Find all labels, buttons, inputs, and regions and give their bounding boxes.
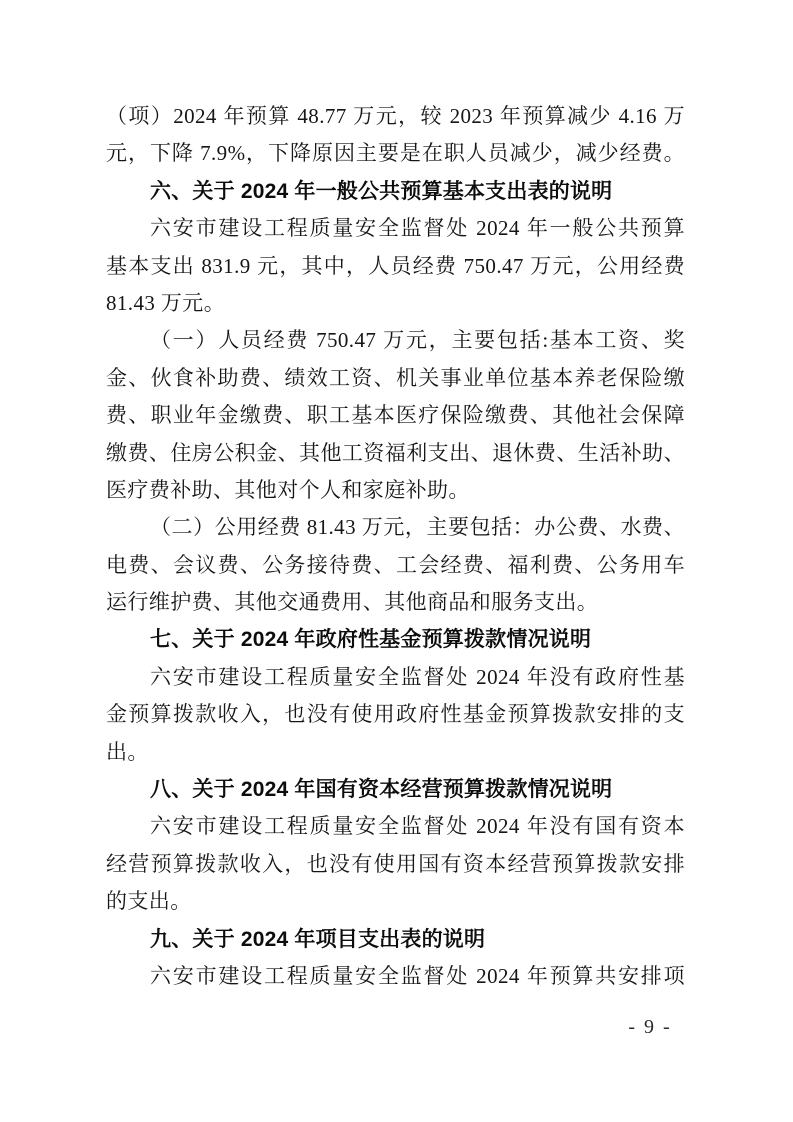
paragraph-line: （项）2024 年预算 48.77 万元，较 2023 年预算减少 4.16 万 — [106, 98, 685, 135]
paragraph-line: 81.43 万元。 — [106, 285, 685, 322]
paragraph-line: 经营预算拨款收入，也没有使用国有资本经营预算拨款安排 — [106, 846, 685, 883]
section-heading: 八、关于 2024 年国有资本经营预算拨款情况说明 — [106, 771, 685, 808]
paragraph-line: 六安市建设工程质量安全监督处 2024 年一般公共预算 — [106, 210, 685, 247]
paragraph-line: 元，下降 7.9%，下降原因主要是在职人员减少，减少经费。 — [106, 135, 685, 172]
paragraph-line: 运行维护费、其他交通费用、其他商品和服务支出。 — [106, 584, 685, 621]
paragraph-line: 基本支出 831.9 元，其中，人员经费 750.47 万元，公用经费 — [106, 248, 685, 285]
paragraph-line: 六安市建设工程质量安全监督处 2024 年没有国有资本 — [106, 808, 685, 845]
section-heading: 六、关于 2024 年一般公共预算基本支出表的说明 — [106, 173, 685, 210]
page-number: - 9 - — [560, 1012, 740, 1042]
paragraph-line: （二）公用经费 81.43 万元，主要包括：办公费、水费、 — [106, 509, 685, 546]
paragraph-line: 金预算拨款收入，也没有使用政府性基金预算拨款安排的支 — [106, 696, 685, 733]
paragraph-line: 金、伙食补助费、绩效工资、机关事业单位基本养老保险缴 — [106, 360, 685, 397]
document-page: （项）2024 年预算 48.77 万元，较 2023 年预算减少 4.16 万… — [0, 0, 793, 1122]
paragraph-line: 医疗费补助、其他对个人和家庭补助。 — [106, 472, 685, 509]
paragraph-line: 六安市建设工程质量安全监督处 2024 年预算共安排项 — [106, 958, 685, 995]
paragraph-line: 的支出。 — [106, 883, 685, 920]
paragraph-line: 电费、会议费、公务接待费、工会经费、福利费、公务用车 — [106, 547, 685, 584]
section-heading: 九、关于 2024 年项目支出表的说明 — [106, 921, 685, 958]
section-heading: 七、关于 2024 年政府性基金预算拨款情况说明 — [106, 621, 685, 658]
document-body: （项）2024 年预算 48.77 万元，较 2023 年预算减少 4.16 万… — [106, 98, 685, 995]
paragraph-line: 费、职业年金缴费、职工基本医疗保险缴费、其他社会保障 — [106, 397, 685, 434]
paragraph-line: 六安市建设工程质量安全监督处 2024 年没有政府性基 — [106, 659, 685, 696]
paragraph-line: （一）人员经费 750.47 万元，主要包括:基本工资、奖 — [106, 322, 685, 359]
paragraph-line: 缴费、住房公积金、其他工资福利支出、退休费、生活补助、 — [106, 435, 685, 472]
paragraph-line: 出。 — [106, 734, 685, 771]
